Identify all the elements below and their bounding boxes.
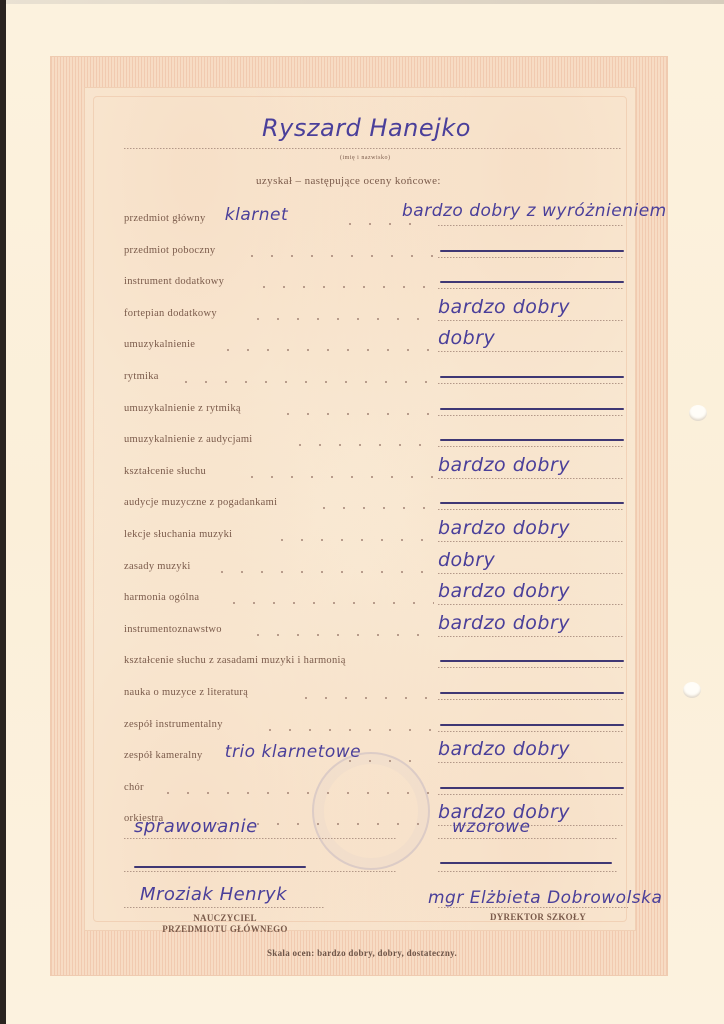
teacher-signature-line bbox=[124, 907, 324, 908]
grade-line bbox=[438, 351, 624, 352]
leader-dots bbox=[296, 697, 434, 699]
grade-line bbox=[438, 320, 624, 321]
leader-dots bbox=[314, 507, 434, 509]
subject-label: umuzykalnienie z audycjami bbox=[124, 434, 253, 445]
name-caption: (imię i nazwisko) bbox=[340, 155, 391, 161]
strike-line bbox=[440, 862, 612, 864]
grade-line bbox=[438, 415, 624, 416]
subject-label: umuzykalnienie bbox=[124, 339, 195, 350]
subject-label: instrumentoznawstwo bbox=[124, 624, 222, 635]
leader-dots bbox=[242, 476, 434, 478]
strike-line bbox=[440, 439, 624, 441]
leader-dots bbox=[224, 602, 434, 604]
strike-line bbox=[440, 250, 624, 252]
teacher-signature: Mroziak Henryk bbox=[140, 884, 287, 905]
teacher-label: NAUCZYCIEL PRZEDMIOTU GŁÓWNEGO bbox=[150, 913, 300, 935]
grade-line bbox=[438, 667, 624, 668]
director-signature-line bbox=[438, 907, 628, 908]
strike-line bbox=[440, 408, 624, 410]
grade-line bbox=[438, 446, 624, 447]
subject-label: zespół kameralny bbox=[124, 750, 203, 761]
director-signature: mgr Elżbieta Dobrowolska bbox=[428, 888, 662, 908]
conduct-grade: wzorowe bbox=[452, 817, 530, 837]
subject-label: chór bbox=[124, 782, 144, 793]
subject-label: kształcenie słuchu bbox=[124, 466, 206, 477]
grade-line bbox=[438, 794, 624, 795]
subject-label: nauka o muzyce z literaturą bbox=[124, 687, 248, 698]
grade-value: bardzo dobry z wyróżnieniem bbox=[402, 201, 667, 221]
strike-line bbox=[440, 281, 624, 283]
grade-value: bardzo dobry bbox=[438, 517, 570, 539]
name-line bbox=[124, 148, 622, 149]
grade-line bbox=[438, 731, 624, 732]
grade-line bbox=[438, 509, 624, 510]
grade-value: dobry bbox=[438, 549, 495, 571]
conduct-label: sprawowanie bbox=[134, 816, 258, 837]
grade-scale-note: Skala ocen: bardzo dobry, dobry, dostate… bbox=[0, 948, 724, 958]
grade-value: bardzo dobry bbox=[438, 580, 570, 602]
leader-dots bbox=[248, 634, 434, 636]
subject-label: przedmiot poboczny bbox=[124, 245, 215, 256]
grade-line bbox=[438, 257, 624, 258]
grade-value: bardzo dobry bbox=[438, 296, 570, 318]
subject-label: zespół instrumentalny bbox=[124, 719, 223, 730]
grade-line bbox=[438, 225, 624, 226]
subject-label: instrument dodatkowy bbox=[124, 276, 224, 287]
blank-line bbox=[438, 871, 618, 872]
director-label: DYREKTOR SZKOŁY bbox=[468, 912, 608, 923]
official-stamp bbox=[312, 752, 430, 870]
grade-line bbox=[438, 699, 624, 700]
scan-left-edge bbox=[0, 0, 6, 1024]
leader-dots bbox=[218, 349, 434, 351]
blank-line bbox=[124, 871, 396, 872]
strike-line bbox=[440, 787, 624, 789]
subject-label: rytmika bbox=[124, 371, 159, 382]
leader-dots bbox=[248, 318, 434, 320]
subject-label: lekcje słuchania muzyki bbox=[124, 529, 232, 540]
teacher-label-line-2: PRZEDMIOTU GŁÓWNEGO bbox=[150, 924, 300, 935]
subject-label: umuzykalnienie z rytmiką bbox=[124, 403, 241, 414]
strike-line bbox=[440, 502, 624, 504]
grade-line bbox=[438, 573, 624, 574]
grade-value: dobry bbox=[438, 327, 495, 349]
conduct-grade-line bbox=[438, 838, 618, 839]
grade-value: bardzo dobry bbox=[438, 738, 570, 760]
scan-top-edge bbox=[0, 0, 724, 4]
grade-line bbox=[438, 636, 624, 637]
grade-line bbox=[438, 288, 624, 289]
subject-label: kształcenie słuchu z zasadami muzyki i h… bbox=[124, 655, 346, 666]
subject-label: harmonia ogólna bbox=[124, 592, 199, 603]
grade-line bbox=[438, 383, 624, 384]
leader-dots bbox=[278, 413, 434, 415]
conduct-label-line bbox=[124, 838, 396, 839]
punch-hole-icon bbox=[683, 682, 701, 698]
leader-dots bbox=[254, 286, 434, 288]
grade-line bbox=[438, 604, 624, 605]
grade-value: bardzo dobry bbox=[438, 612, 570, 634]
subject-label: audycje muzyczne z pogadankami bbox=[124, 497, 277, 508]
leader-dots bbox=[242, 255, 434, 257]
leader-dots bbox=[176, 381, 434, 383]
strike-line bbox=[440, 692, 624, 694]
subject-label: fortepian dodatkowy bbox=[124, 308, 217, 319]
leader-dots bbox=[290, 444, 434, 446]
grade-value: bardzo dobry bbox=[438, 454, 570, 476]
leader-dots bbox=[158, 792, 434, 794]
grade-line bbox=[438, 478, 624, 479]
subject-label: przedmiot główny bbox=[124, 213, 206, 224]
strike-line bbox=[440, 376, 624, 378]
grade-line bbox=[438, 541, 624, 542]
grade-line bbox=[438, 762, 624, 763]
student-name: Ryszard Hanejko bbox=[262, 114, 471, 142]
teacher-label-line-1: NAUCZYCIEL bbox=[150, 913, 300, 924]
leader-dots bbox=[340, 223, 420, 225]
strike-line bbox=[134, 866, 306, 868]
strike-line bbox=[440, 724, 624, 726]
subject-note: trio klarnetowe bbox=[225, 742, 361, 762]
intro-text: uzyskał – następujące oceny końcowe: bbox=[256, 175, 441, 187]
punch-hole-icon bbox=[689, 405, 707, 421]
leader-dots bbox=[272, 539, 434, 541]
leader-dots bbox=[212, 571, 434, 573]
subject-note: klarnet bbox=[225, 205, 288, 225]
strike-line bbox=[440, 660, 624, 662]
subject-label: zasady muzyki bbox=[124, 561, 191, 572]
leader-dots bbox=[260, 729, 434, 731]
